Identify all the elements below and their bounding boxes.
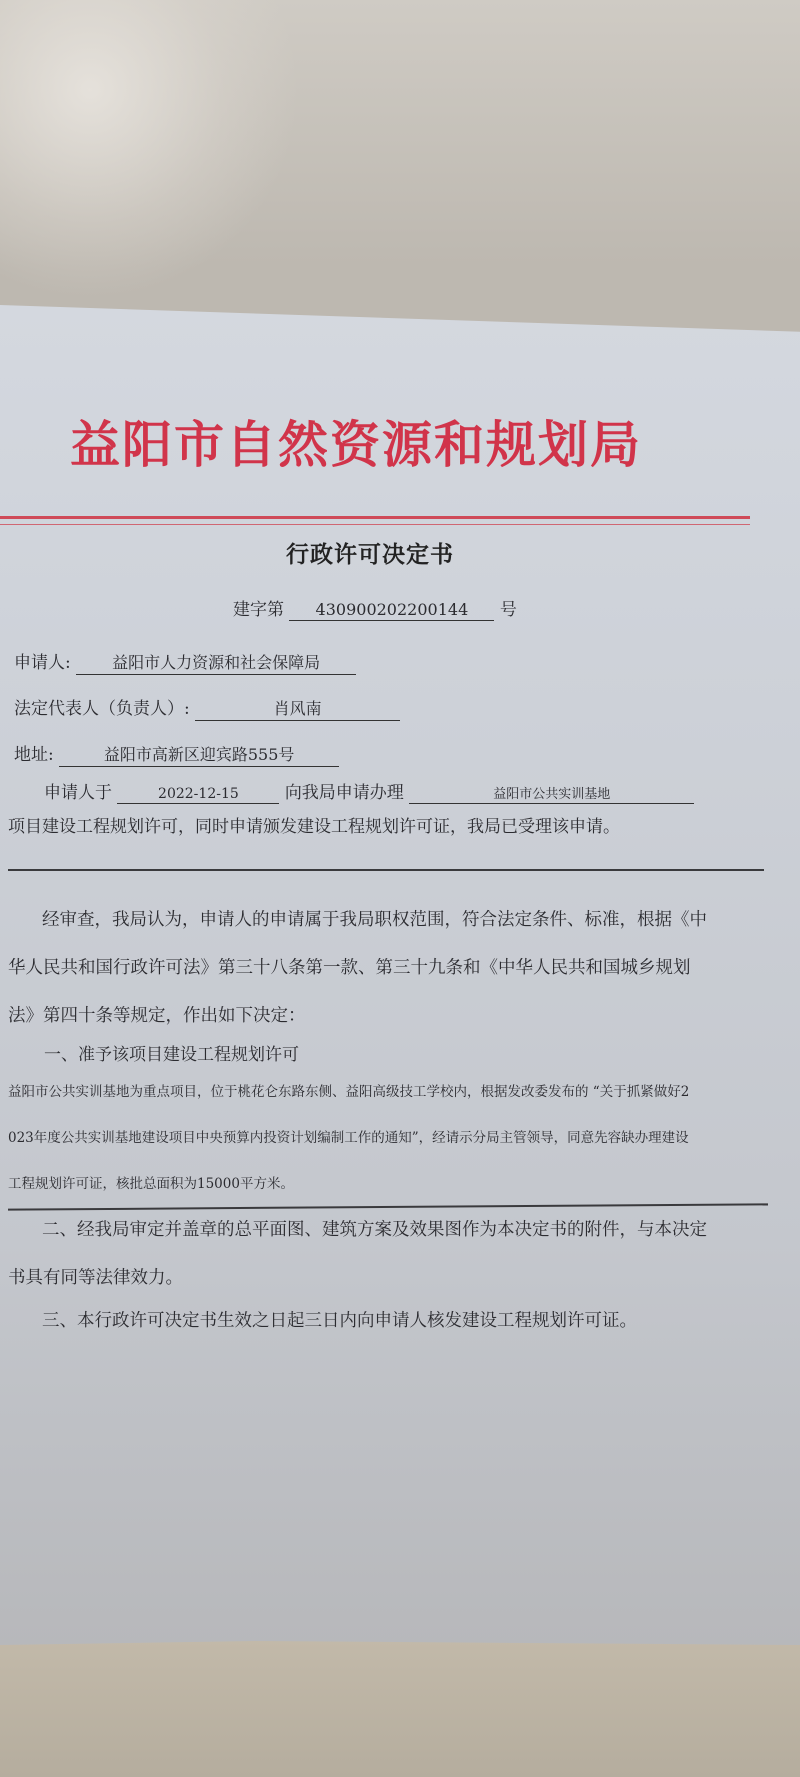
document-title: 行政许可决定书 [286,536,454,569]
wall-background [0,0,300,300]
decision-1-line-3: 工程规划许可证，核批总面积为15000平方米。 [8,1161,768,1207]
applicant-label: 申请人: [14,653,71,673]
legal-rep-value: 肖风南 [195,696,400,721]
application-text-1: 申请人于 [44,783,112,803]
legal-rep-label: 法定代表人（负责人）: [14,699,190,719]
review-line-3: 法》第四十条等规定，作出如下决定： [8,992,768,1040]
application-date: 2022-12-15 [117,786,279,804]
agency-name-header: 益阳市自然资源和规划局 [70,405,710,477]
doc-number-prefix: 建字第 [233,600,284,620]
decision-3-line-1: 三、本行政许可决定书生效之日起三日内向申请人核发建设工程规划许可证。 [8,1297,768,1345]
decision-1-body: 益阳市公共实训基地为重点项目，位于桃花仑东路东侧、益阳高级技工学校内，根据发改委… [8,1069,768,1207]
review-line-2: 华人民共和国行政许可法》第三十八条第一款、第三十九条和《中华人民共和国城乡规划 [8,944,768,992]
legal-rep-line: 法定代表人（负责人）: 肖风南 [14,694,400,721]
decision-2-line-2: 书具有同等法律效力。 [8,1254,768,1302]
applicant-line: 申请人: 益阳市人力资源和社会保障局 [14,648,356,675]
decision-2-line-1: 二、经我局审定并盖章的总平面图、建筑方案及效果图作为本决定书的附件，与本决定 [8,1206,768,1254]
doc-number-line: 建字第 430900202200144 号 [233,595,517,621]
applicant-value: 益阳市人力资源和社会保障局 [76,650,356,675]
decision-1-line-2: 023年度公共实训基地建设项目中央预算内投资计划编制工作的通知”，经请示分局主管… [8,1115,768,1161]
application-text-2: 向我局申请办理 [285,783,404,803]
separator-line [8,869,764,871]
address-label: 地址: [14,745,54,765]
address-line: 地址: 益阳市高新区迎宾路555号 [14,740,339,767]
application-project: 益阳市公共实训基地 [409,783,694,804]
application-line: 申请人于 2022-12-15 向我局申请办理 益阳市公共实训基地 [44,778,694,804]
doc-number-suffix: 号 [500,600,517,620]
red-header-rule [0,516,750,519]
application-continuation: 项目建设工程规划许可，同时申请颁发建设工程规划许可证，我局已受理该申请。 [8,812,620,837]
decision-1-heading: 一、准予该项目建设工程规划许可 [44,1040,299,1065]
review-line-1: 经审查，我局认为，申请人的申请属于我局职权范围，符合法定条件、标准，根据《中 [8,896,768,944]
decision-1-line-1: 益阳市公共实训基地为重点项目，位于桃花仑东路东侧、益阳高级技工学校内，根据发改委… [8,1069,768,1115]
address-value: 益阳市高新区迎宾路555号 [59,742,339,767]
doc-number-value: 430900202200144 [289,600,494,621]
decision-3: 三、本行政许可决定书生效之日起三日内向申请人核发建设工程规划许可证。 [8,1297,768,1345]
red-header-rule-thin [0,524,750,525]
review-paragraph: 经审查，我局认为，申请人的申请属于我局职权范围，符合法定条件、标准，根据《中 华… [8,896,768,1040]
wall-background-bottom [0,1640,800,1777]
decision-2: 二、经我局审定并盖章的总平面图、建筑方案及效果图作为本决定书的附件，与本决定 书… [8,1206,768,1302]
